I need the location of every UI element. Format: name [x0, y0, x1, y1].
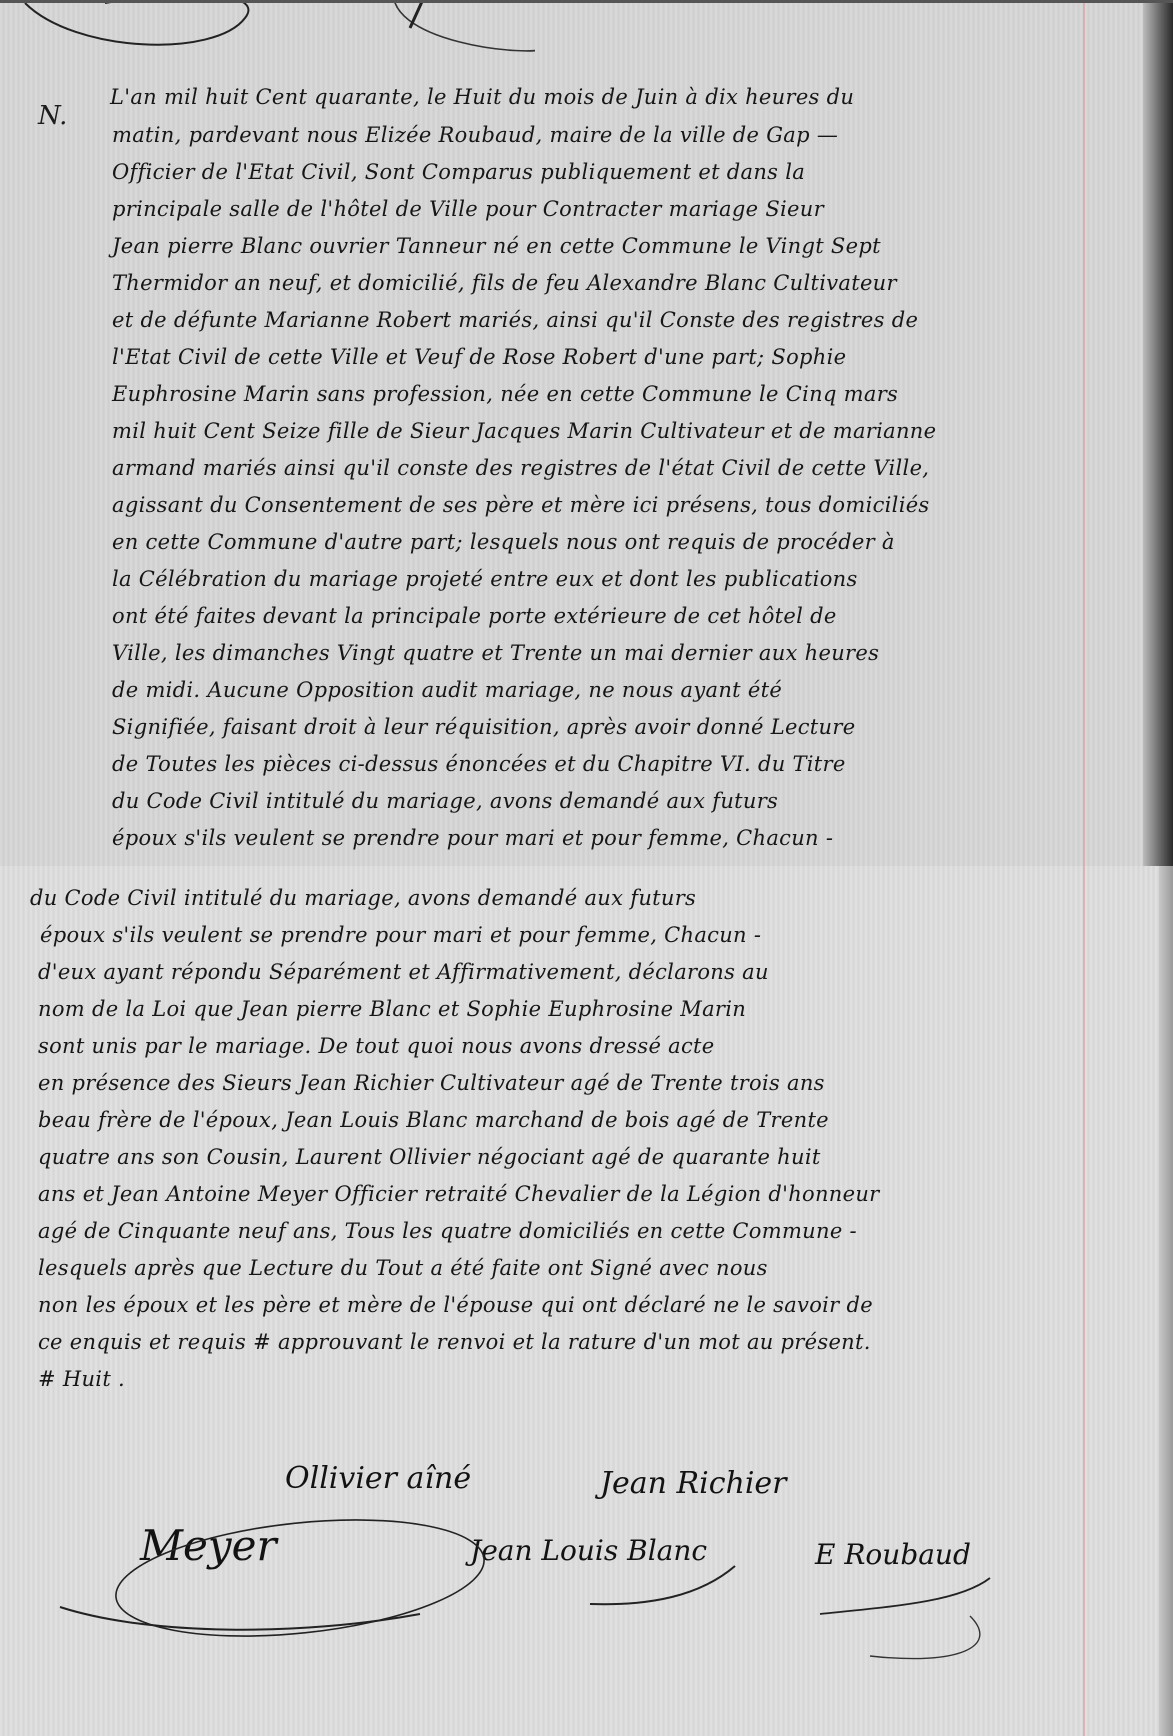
text-line: Thermidor an neuf, et domicilié, fils de… [112, 271, 897, 295]
text-line: Signifiée, faisant droit à leur réquisit… [112, 715, 855, 739]
register-page-bottom-strip: du Code Civil intitulé du mariage, avons… [0, 866, 1173, 1736]
text-line: la Célébration du mariage projeté entre … [112, 567, 858, 591]
text-line: ont été faites devant la principale port… [112, 604, 837, 628]
text-line: époux s'ils veulent se prendre pour mari… [112, 826, 833, 850]
text-line: Jean pierre Blanc ouvrier Tanneur né en … [112, 234, 881, 258]
book-binding-edge [1143, 3, 1173, 866]
text-line: mil huit Cent Seize fille de Sieur Jacqu… [112, 419, 936, 443]
text-line: et de défunte Marianne Robert mariés, ai… [112, 308, 918, 332]
text-line: de midi. Aucune Opposition audit mariage… [112, 678, 782, 702]
text-line: du Code Civil intitulé du mariage, avons… [112, 789, 778, 813]
previous-signature-flourish [15, 0, 535, 53]
text-line: en cette Commune d'autre part; lesquels … [112, 530, 895, 554]
text-line: L'an mil huit Cent quarante, le Huit du … [110, 85, 854, 109]
margin-rule-line [1083, 3, 1085, 866]
text-line: armand mariés ainsi qu'il conste des reg… [112, 456, 929, 480]
signature-flourishes [0, 866, 1173, 1736]
register-page-top-strip: N. L'an mil huit Cent quarante, le Huit … [0, 0, 1173, 866]
text-line: de Toutes les pièces ci-dessus énoncées … [112, 752, 846, 776]
text-line: matin, pardevant nous Elizée Roubaud, ma… [112, 123, 838, 147]
text-line: Euphrosine Marin sans profession, née en… [112, 382, 898, 406]
text-line: l'Etat Civil de cette Ville et Veuf de R… [112, 345, 846, 369]
text-line: Ville, les dimanches Vingt quatre et Tre… [112, 641, 879, 665]
text-line: principale salle de l'hôtel de Ville pou… [112, 197, 824, 221]
act-margin-number: N. [38, 101, 67, 131]
text-line: agissant du Consentement de ses père et … [112, 493, 930, 517]
signatures-block: Ollivier aîné Jean Richier Meyer Jean Lo… [0, 866, 1173, 1736]
text-line: Officier de l'Etat Civil, Sont Comparus … [112, 160, 805, 184]
